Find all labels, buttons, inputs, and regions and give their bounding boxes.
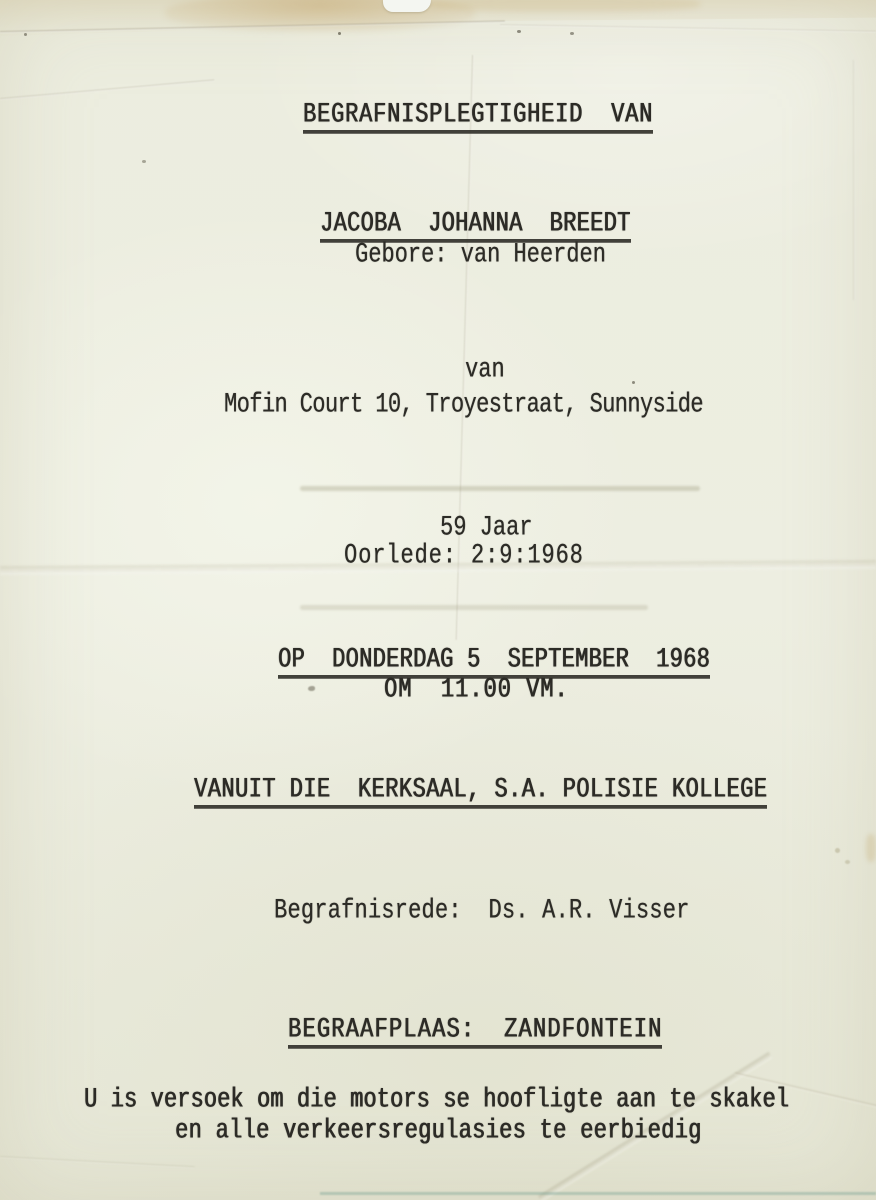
- line-death-date: Oorlede: 2:9:1968: [344, 541, 584, 571]
- line-van: van: [465, 355, 505, 385]
- line-address: Mofin Court 10, Troyestraat, Sunnyside: [224, 390, 703, 420]
- right-edge-stain: [866, 834, 876, 862]
- ink-speck: [142, 160, 146, 163]
- erased-text-ghost-1: [300, 486, 700, 491]
- paper-page: BEGRAFNISPLEGTIGHEID VANJACOBA JOHANNA B…: [0, 0, 876, 1200]
- paper-crease-right-edge: [853, 60, 855, 300]
- line-funeral-time: OM 11.00 VM.: [384, 675, 569, 705]
- line-request-2: en alle verkeersregulasies te eerbiedig: [175, 1116, 702, 1146]
- paper-crease-bottom-left: [0, 1156, 195, 1168]
- line-deceased-name: JACOBA JOHANNA BREEDT: [320, 209, 631, 243]
- line-age: 59 Jaar: [440, 513, 532, 543]
- bottom-teal-streak: [320, 1192, 876, 1195]
- line-officiant: Begrafnisrede: Ds. A.R. Visser: [274, 896, 689, 926]
- line-venue: VANUIT DIE KERKSAAL, S.A. POLISIE KOLLEG…: [194, 775, 767, 809]
- line-title: BEGRAFNISPLEGTIGHEID VAN: [303, 100, 653, 134]
- line-request-1: U is versoek om die motors se hoofligte …: [84, 1085, 789, 1115]
- top-tan-stain: [165, 0, 475, 32]
- erased-text-ghost-2: [300, 605, 648, 610]
- ink-speck: [632, 381, 635, 384]
- line-cemetery: BEGRAAFPLAAS: ZANDFONTEIN: [288, 1015, 662, 1049]
- ink-speck: [517, 30, 521, 33]
- ink-speck: [570, 32, 574, 35]
- torn-white-notch: [383, 0, 431, 12]
- ink-smudge: [308, 686, 315, 691]
- paper-smudge: [845, 860, 850, 864]
- paper-crease-top-left: [0, 79, 214, 100]
- paper-crease-top: [0, 20, 505, 33]
- top-flap-stain: [0, 0, 876, 42]
- paper-crease-top-right: [500, 24, 876, 33]
- paper-smudge: [835, 848, 840, 853]
- line-maiden-name: Gebore: van Heerden: [355, 240, 606, 270]
- ink-speck: [24, 33, 27, 36]
- top-tan-stain-right: [430, 0, 700, 12]
- ink-speck: [338, 32, 341, 35]
